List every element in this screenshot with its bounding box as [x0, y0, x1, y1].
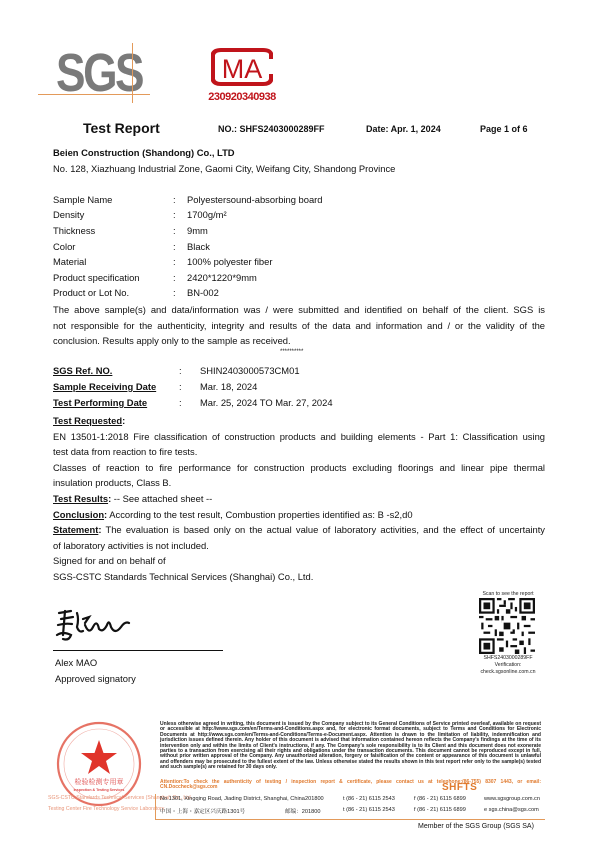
conclusion: Conclusion: According to the test result… [53, 507, 545, 523]
footer-divider [155, 819, 545, 820]
signature-line [53, 650, 223, 651]
ref-value: SHIN2403000573CM01 [200, 365, 300, 376]
statement: Statement: The evaluation is based only … [53, 522, 545, 538]
qr-code-number: SHFS2403000289FF [468, 655, 548, 661]
statement-text: The evaluation is based only on the actu… [105, 524, 545, 535]
sample-label: Product specification [53, 272, 140, 283]
shfts-stamp: SHFTS [442, 782, 477, 793]
signature-icon [55, 605, 150, 650]
conclusion-label: Conclusion [53, 509, 104, 520]
report-date: Date: Apr. 1, 2024 [366, 124, 441, 134]
cma-icon: MA [203, 45, 281, 91]
postcode-cn: 邮编：201800 [285, 807, 320, 815]
sample-label: Sample Name [53, 194, 112, 205]
disclaimer-line: conclusion. Results apply only to the sa… [53, 333, 545, 349]
qr-caption: Scan to see the report [468, 591, 548, 597]
qr-verification-url[interactable]: check.sgsonline.com.cn [468, 669, 548, 675]
sample-label: Product or Lot No. [53, 287, 129, 298]
seal-line-2: Testing Center Fire Technology Service L… [48, 806, 164, 812]
signatory-name: Alex MAO [55, 657, 97, 668]
signed-company: SGS-CSTC Standards Technical Services (S… [53, 569, 545, 585]
test-requested-line: test data from reaction to fire tests. [53, 444, 545, 460]
fine-print: Unless otherwise agreed in writing, this… [160, 722, 541, 771]
ref-label: Sample Receiving Date [53, 381, 156, 392]
client-address: No. 128, Xiazhuang Industrial Zone, Gaom… [53, 161, 395, 177]
statement-label: Statement [53, 524, 98, 535]
separator: ********** [280, 349, 303, 355]
sample-value: Black [187, 241, 210, 252]
telephone: t (86 - 21) 6115 2543 [343, 807, 395, 813]
ref-value: Mar. 25, 2024 TO Mar. 27, 2024 [200, 397, 333, 408]
sample-label: Material [53, 256, 86, 267]
page-number: Page 1 of 6 [480, 124, 528, 134]
test-results: Test Results: -- See attached sheet -- [53, 491, 545, 507]
sample-value: 1700g/m² [187, 209, 227, 220]
page-title: Test Report [83, 120, 160, 136]
address-cn: 中国・上海・嘉定区兴庆路1301号 [160, 807, 245, 815]
sample-value: 9mm [187, 225, 208, 236]
sgs-logo: SGS [38, 46, 150, 106]
ref-value: Mar. 18, 2024 [200, 381, 257, 392]
disclaimer-line: The above sample(s) and data/information… [53, 302, 545, 318]
sample-label: Thickness [53, 225, 95, 236]
test-results-text: -- See attached sheet -- [114, 493, 213, 504]
test-results-label: Test Results [53, 493, 108, 504]
client-name: Beien Construction (Shandong) Co., LTD [53, 145, 235, 161]
test-requested-label: Test Requested [53, 415, 122, 426]
sample-value: 2420*1220*9mm [187, 272, 257, 283]
sample-value: Polyestersound-absorbing board [187, 194, 323, 205]
sample-label: Color [53, 241, 75, 252]
logo-rule [132, 43, 133, 103]
signed-for: Signed for and on behalf of [53, 553, 545, 569]
member-line: Member of the SGS Group (SGS SA) [418, 823, 534, 830]
logo-rule [38, 94, 150, 95]
svg-text:MA: MA [222, 54, 263, 84]
statement-text: of laboratory activities is not included… [53, 538, 545, 554]
sample-value: BN-002 [187, 287, 219, 298]
test-requested-section: Test Requested: EN 13501-1:2018 Fire cla… [53, 413, 545, 585]
cma-logo: MA 230920340938 [203, 45, 281, 105]
fax: f (86 - 21) 6115 6899 [414, 807, 466, 813]
disclaimer-line: not responsible for the authenticity, in… [53, 318, 545, 334]
cma-number: 230920340938 [203, 91, 281, 103]
fax: f (86 - 21) 6115 6899 [414, 796, 466, 802]
svg-text:Inspection & Testing Services: Inspection & Testing Services [74, 788, 125, 792]
ref-label: SGS Ref. NO. [53, 365, 112, 376]
postcode-en: 201800 [305, 796, 324, 802]
attention-notice: Attention:To check the authenticity of t… [160, 780, 541, 791]
test-requested-line: EN 13501-1:2018 Fire classification of c… [53, 429, 545, 445]
sample-value: 100% polyester fiber [187, 256, 272, 267]
footer-divider [155, 794, 156, 820]
address-en: No.1301, Xingqing Road, Jiading District… [160, 796, 305, 802]
disclaimer: The above sample(s) and data/information… [53, 302, 545, 349]
qr-code-icon[interactable] [479, 598, 535, 654]
sample-label: Density [53, 209, 84, 220]
signatory-title: Approved signatory [55, 673, 136, 684]
telephone: t (86 - 21) 6115 2543 [343, 796, 395, 802]
test-requested-line: Classes of reaction to fire performance … [53, 460, 545, 476]
sgs-logo-text: SGS [56, 48, 142, 98]
ref-label: Test Performing Date [53, 397, 147, 408]
svg-text:检验检测专用章: 检验检测专用章 [75, 777, 124, 786]
conclusion-text: According to the test result, Combustion… [109, 509, 412, 520]
report-number: NO.: SHFS2403000289FF [218, 124, 325, 134]
website-link[interactable]: www.sgsgroup.com.cn [484, 796, 540, 802]
email-link[interactable]: e sgs.china@sgs.com [484, 807, 539, 813]
qr-verification-label: Verification: [468, 662, 548, 668]
test-requested-line: insulation products, Class B. [53, 475, 545, 491]
